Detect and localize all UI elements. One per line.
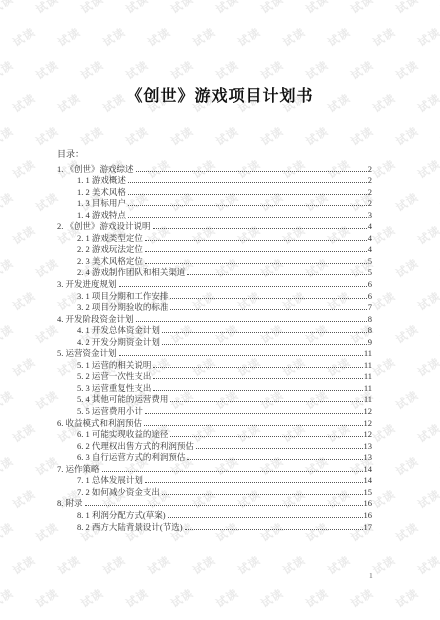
toc-entry[interactable]: 1. 《创世》游戏综述 2 — [57, 162, 372, 174]
toc-dot-leader — [162, 332, 367, 333]
toc-entry-label: 4. 1 开发总体资金计划 — [77, 325, 160, 335]
toc-entry[interactable]: 5. 4 其他可能的运营费用 11 — [57, 393, 372, 405]
toc-entry[interactable]: 3. 开发进度规划 6 — [57, 277, 372, 289]
toc-list: 1. 《创世》游戏综述 2 1. 1 游戏概述 2 1. 2 美术风格 2 1.… — [57, 162, 372, 532]
toc-entry[interactable]: 3. 2 项目分期验收的标准 7 — [57, 301, 372, 313]
toc-dot-leader — [162, 494, 363, 495]
toc-dot-leader — [136, 321, 367, 322]
toc-entry-page: 11 — [364, 360, 372, 370]
toc-entry-label: 3. 2 项目分期验收的标准 — [77, 302, 168, 312]
toc-entry-page: 13 — [364, 452, 373, 462]
toc-entry-page: 9 — [368, 337, 372, 347]
toc-entry[interactable]: 5. 3 运营重复性支出 11 — [57, 381, 372, 393]
toc-entry[interactable]: 2. 2 游戏玩法定位 4 — [57, 243, 372, 255]
toc-dot-leader — [85, 505, 363, 506]
toc-entry-label: 2. 2 游戏玩法定位 — [77, 244, 143, 254]
toc-entry-label: 8. 2 西方大陆背景设计(节选) — [77, 522, 183, 532]
toc-entry[interactable]: 8. 附录 16 — [57, 497, 372, 509]
toc-entry-label: 6. 1 可能实现收益的途径 — [77, 429, 168, 439]
toc-entry[interactable]: 4. 2 开发分期资金计划 9 — [57, 335, 372, 347]
toc-entry[interactable]: 2. 《创世》游戏设计说明 4 — [57, 220, 372, 232]
toc-dot-leader — [153, 378, 362, 379]
toc-entry-page: 11 — [364, 371, 372, 381]
toc-entry[interactable]: 6. 1 可能实现收益的途径 12 — [57, 428, 372, 440]
toc-entry[interactable]: 3. 1 项目分期和工作安排 6 — [57, 289, 372, 301]
toc-entry-label: 1. 3 目标用户 — [77, 198, 126, 208]
toc-dot-leader — [170, 309, 366, 310]
toc-entry-page: 4 — [368, 233, 372, 243]
toc-entry-label: 1. 《创世》游戏综述 — [57, 164, 134, 174]
toc-entry-page: 13 — [364, 441, 373, 451]
toc-entry[interactable]: 1. 3 目标用户 2 — [57, 197, 372, 209]
toc-dot-leader — [185, 529, 363, 530]
toc-dot-leader — [128, 205, 367, 206]
toc-heading: 目录： — [57, 148, 372, 162]
toc-dot-leader — [145, 482, 363, 483]
toc-entry[interactable]: 6. 2 代理权出售方式的利润预估 13 — [57, 439, 372, 451]
toc-entry-label: 6. 收益模式和利润预估 — [57, 418, 142, 428]
toc-entry-page: 12 — [364, 429, 373, 439]
toc-entry-label: 2. 《创世》游戏设计说明 — [57, 221, 151, 231]
toc-entry-label: 2. 1 游戏类型定位 — [77, 233, 143, 243]
toc-dot-leader — [119, 355, 363, 356]
toc-entry-page: 8 — [368, 325, 372, 335]
toc-entry-label: 5. 4 其他可能的运营费用 — [77, 394, 168, 404]
toc-entry-label: 5. 1 运营的相关说明 — [77, 360, 151, 370]
toc-dot-leader — [102, 471, 363, 472]
toc-entry-label: 7. 运作策略 — [57, 464, 100, 474]
toc-entry[interactable]: 5. 1 运营的相关说明 11 — [57, 358, 372, 370]
toc-entry[interactable]: 5. 5 运营费用小计 12 — [57, 404, 372, 416]
toc-entry-page: 2 — [368, 164, 372, 174]
toc-entry[interactable]: 2. 1 游戏类型定位 4 — [57, 231, 372, 243]
toc-entry-label: 5. 运营资金计划 — [57, 348, 117, 358]
toc-entry[interactable]: 6. 收益模式和利润预估 12 — [57, 416, 372, 428]
toc-entry-page: 6 — [368, 291, 372, 301]
toc-entry[interactable]: 7. 1 总体发展计划 14 — [57, 474, 372, 486]
toc-entry-label: 7. 2 如何减少资金支出 — [77, 487, 160, 497]
toc-entry-label: 5. 3 运营重复性支出 — [77, 383, 151, 393]
toc-entry[interactable]: 2. 3 美术风格定位 5 — [57, 254, 372, 266]
toc-entry-page: 14 — [364, 464, 373, 474]
toc-entry[interactable]: 1. 1 游戏概述 2 — [57, 174, 372, 186]
toc-entry-page: 11 — [364, 383, 372, 393]
toc-dot-leader — [196, 448, 363, 449]
toc-dot-leader — [187, 459, 362, 460]
toc-dot-leader — [145, 251, 367, 252]
toc-dot-leader — [170, 436, 362, 437]
toc-entry-page: 2 — [368, 175, 372, 185]
toc-entry-page: 11 — [364, 348, 372, 358]
toc-entry-page: 7 — [368, 302, 372, 312]
toc-entry-page: 16 — [364, 510, 373, 520]
toc-entry-page: 4 — [368, 221, 372, 231]
toc-entry[interactable]: 5. 运营资金计划 11 — [57, 347, 372, 359]
toc-entry-label: 2. 4 游戏制作团队和相关渠道 — [77, 267, 185, 277]
toc-dot-leader — [144, 425, 362, 426]
toc-entry-page: 11 — [364, 394, 372, 404]
toc-dot-leader — [170, 298, 366, 299]
toc-entry-page: 12 — [364, 418, 373, 428]
toc-entry[interactable]: 2. 4 游戏制作团队和相关渠道 5 — [57, 266, 372, 278]
toc-dot-leader — [145, 240, 367, 241]
toc-entry[interactable]: 7. 运作策略 14 — [57, 462, 372, 474]
toc-entry-page: 15 — [364, 487, 373, 497]
toc-dot-leader — [153, 390, 362, 391]
toc-dot-leader — [145, 263, 367, 264]
toc-entry-label: 3. 开发进度规划 — [57, 279, 117, 289]
toc-entry[interactable]: 1. 4 游戏特点 3 — [57, 208, 372, 220]
toc-entry-label: 3. 1 项目分期和工作安排 — [77, 291, 168, 301]
toc-entry-page: 5 — [368, 267, 372, 277]
toc-dot-leader — [128, 194, 367, 195]
toc-dot-leader — [119, 286, 367, 287]
toc-entry-page: 3 — [368, 210, 372, 220]
toc-entry-page: 6 — [368, 279, 372, 289]
toc-entry-label: 1. 4 游戏特点 — [77, 210, 126, 220]
toc-entry[interactable]: 8. 2 西方大陆背景设计(节选) 17 — [57, 520, 372, 532]
toc-entry-label: 4. 开发阶段资金计划 — [57, 314, 134, 324]
toc-entry-label: 1. 2 美术风格 — [77, 187, 126, 197]
toc-entry-page: 12 — [364, 406, 373, 416]
toc-entry-page: 5 — [368, 256, 372, 266]
toc-entry-label: 6. 3 自行运营方式的利润预估 — [77, 452, 185, 462]
toc-entry-label: 2. 3 美术风格定位 — [77, 256, 143, 266]
document-page: 试读试读试读试读试读试读试读试读试读试读试读试读试读试读试读试读试读试读试读试读… — [0, 0, 440, 620]
toc-entry-label: 1. 1 游戏概述 — [77, 175, 126, 185]
toc-entry-page: 2 — [368, 198, 372, 208]
toc-dot-leader — [153, 367, 362, 368]
toc-dot-leader — [128, 217, 367, 218]
document-title: 《创世》游戏项目计划书 — [0, 83, 440, 106]
toc-entry-label: 8. 附录 — [57, 498, 83, 508]
toc-entry-page: 8 — [368, 314, 372, 324]
toc-entry-page: 14 — [364, 475, 373, 485]
toc-entry-page: 2 — [368, 187, 372, 197]
toc-entry[interactable]: 8. 1 利润分配方式(草案) 16 — [57, 508, 372, 520]
toc-entry[interactable]: 4. 开发阶段资金计划 8 — [57, 312, 372, 324]
toc-entry-label: 5. 5 运营费用小计 — [77, 406, 143, 416]
toc-entry-page: 17 — [364, 522, 373, 532]
toc-dot-leader — [187, 274, 366, 275]
toc-entry-label: 6. 2 代理权出售方式的利润预估 — [77, 441, 194, 451]
page-number: 1 — [369, 571, 373, 580]
table-of-contents: 目录： 1. 《创世》游戏综述 2 1. 1 游戏概述 2 1. 2 美术风格 … — [57, 148, 372, 532]
toc-entry[interactable]: 6. 3 自行运营方式的利润预估 13 — [57, 451, 372, 463]
toc-entry[interactable]: 4. 1 开发总体资金计划 8 — [57, 324, 372, 336]
toc-dot-leader — [128, 182, 367, 183]
toc-entry[interactable]: 1. 2 美术风格 2 — [57, 185, 372, 197]
toc-dot-leader — [153, 228, 367, 229]
toc-entry-label: 5. 2 运营一次性支出 — [77, 371, 151, 381]
toc-entry[interactable]: 5. 2 运营一次性支出 11 — [57, 370, 372, 382]
toc-entry-page: 4 — [368, 244, 372, 254]
toc-entry-label: 4. 2 开发分期资金计划 — [77, 337, 160, 347]
toc-dot-leader — [145, 413, 363, 414]
toc-dot-leader — [170, 401, 362, 402]
toc-entry-page: 16 — [364, 498, 373, 508]
toc-dot-leader — [168, 517, 363, 518]
toc-entry-label: 7. 1 总体发展计划 — [77, 475, 143, 485]
toc-dot-leader — [136, 171, 367, 172]
page-content: 《创世》游戏项目计划书 目录： 1. 《创世》游戏综述 2 1. 1 游戏概述 … — [0, 0, 440, 620]
toc-dot-leader — [162, 344, 367, 345]
toc-entry[interactable]: 7. 2 如何减少资金支出 15 — [57, 485, 372, 497]
toc-entry-label: 8. 1 利润分配方式(草案) — [77, 510, 166, 520]
